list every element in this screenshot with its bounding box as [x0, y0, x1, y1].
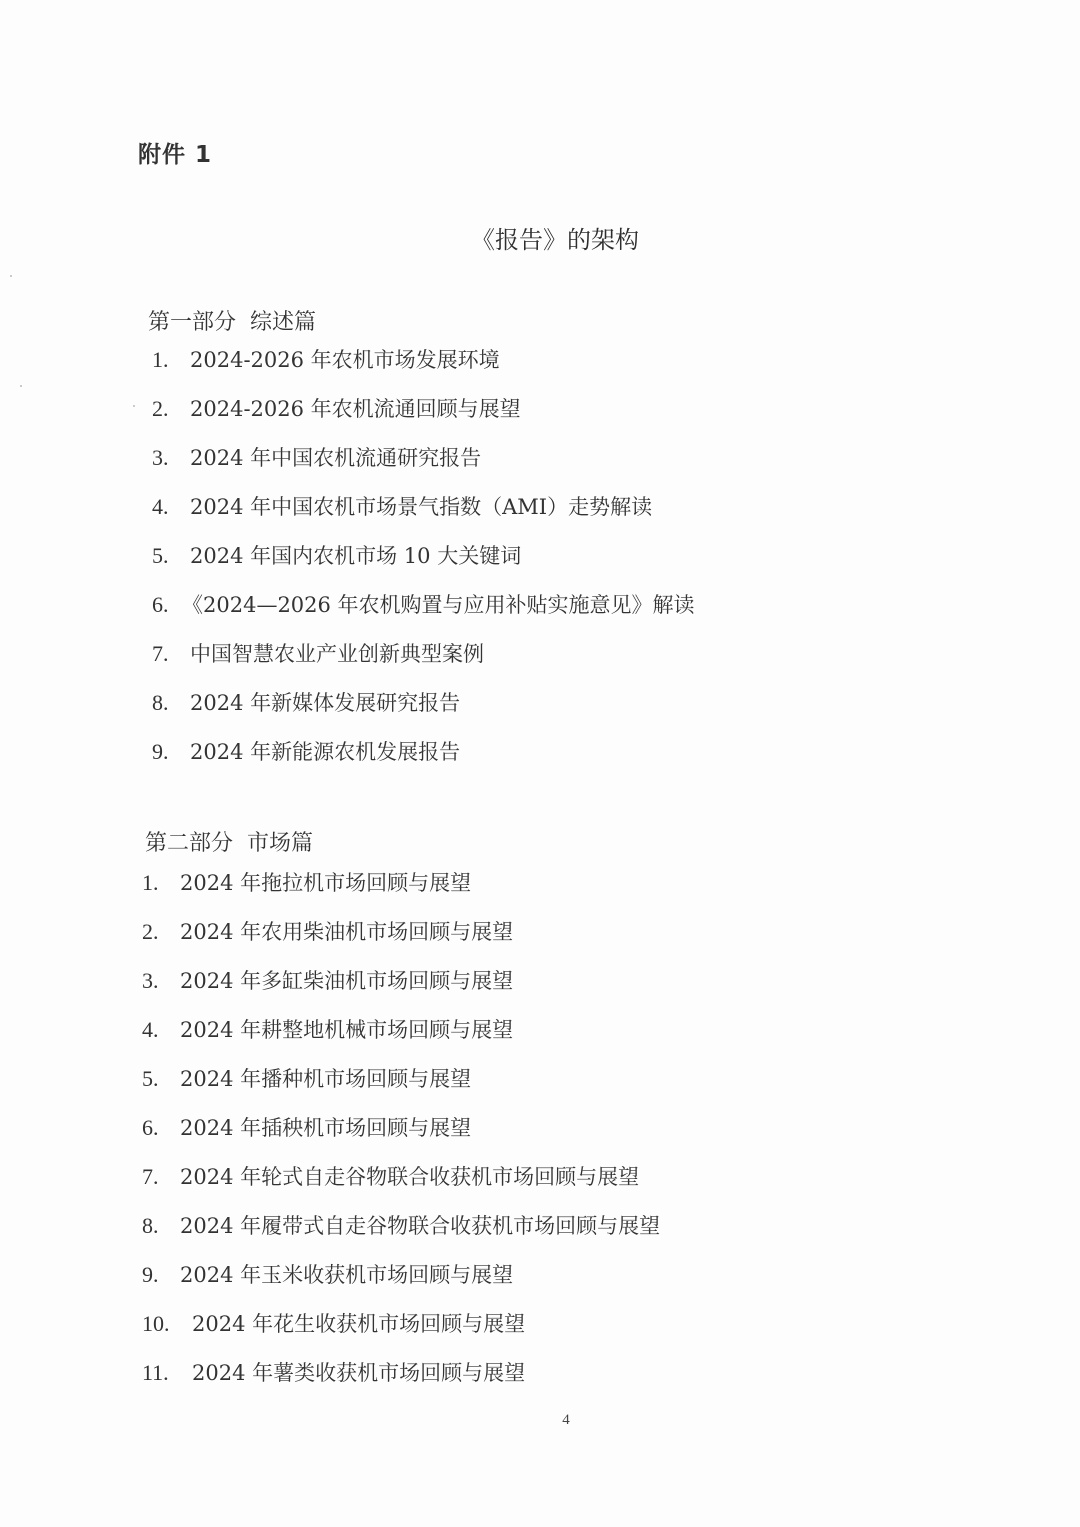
item-number: 9. — [152, 739, 190, 765]
item-text: 2024 年播种机市场回顾与展望 — [180, 1063, 471, 1093]
item-number: 3. — [152, 445, 190, 471]
item-text: 2024 年国内农机市场 10 大关键词 — [190, 540, 521, 570]
list-item: 6.2024 年插秧机市场回顾与展望 — [142, 1112, 471, 1142]
document-title: 《报告》的架构 — [0, 220, 1080, 255]
item-text: 2024 年花生收获机市场回顾与展望 — [192, 1308, 525, 1338]
item-text: 中国智慧农业产业创新典型案例 — [190, 638, 484, 668]
section-heading-overview: 第一部分 综述篇 — [148, 305, 316, 336]
list-item: 2.2024-2026 年农机流通回顾与展望 — [152, 393, 521, 423]
item-number: 1. — [142, 870, 180, 896]
list-item: 5.2024 年播种机市场回顾与展望 — [142, 1063, 471, 1093]
item-number: 6. — [142, 1115, 180, 1141]
item-text: 2024 年玉米收获机市场回顾与展望 — [180, 1259, 513, 1289]
item-number: 8. — [152, 690, 190, 716]
item-text: 2024 年多缸柴油机市场回顾与展望 — [180, 965, 513, 995]
item-number: 4. — [142, 1017, 180, 1043]
item-number: 5. — [142, 1066, 180, 1092]
list-item: 2.2024 年农用柴油机市场回顾与展望 — [142, 916, 513, 946]
list-item: 7.2024 年轮式自走谷物联合收获机市场回顾与展望 — [142, 1161, 639, 1191]
item-text: 2024 年耕整地机械市场回顾与展望 — [180, 1014, 513, 1044]
list-item: 3.2024 年中国农机流通研究报告 — [152, 442, 481, 472]
item-number: 2. — [152, 396, 190, 422]
list-item: 7.中国智慧农业产业创新典型案例 — [152, 638, 484, 668]
item-number: 10. — [142, 1311, 192, 1337]
item-text: 2024 年插秧机市场回顾与展望 — [180, 1112, 471, 1142]
list-item: 9.2024 年新能源农机发展报告 — [152, 736, 460, 766]
item-number: 11. — [142, 1360, 192, 1386]
scan-speck — [20, 385, 22, 387]
list-item: 4.2024 年中国农机市场景气指数（AMI）走势解读 — [152, 491, 652, 521]
item-text: 2024 年农用柴油机市场回顾与展望 — [180, 916, 513, 946]
page-number: 4 — [0, 1412, 1080, 1429]
list-item: 1.2024 年拖拉机市场回顾与展望 — [142, 867, 471, 897]
item-text: 2024 年中国农机市场景气指数（AMI）走势解读 — [190, 491, 652, 521]
list-item: 5.2024 年国内农机市场 10 大关键词 — [152, 540, 521, 570]
item-text: 2024 年轮式自走谷物联合收获机市场回顾与展望 — [180, 1161, 639, 1191]
list-item: 11.2024 年薯类收获机市场回顾与展望 — [142, 1357, 525, 1387]
item-number: 4. — [152, 494, 190, 520]
item-number: 2. — [142, 919, 180, 945]
list-item: 8.2024 年履带式自走谷物联合收获机市场回顾与展望 — [142, 1210, 660, 1240]
item-number: 5. — [152, 543, 190, 569]
item-text: 2024-2026 年农机市场发展环境 — [190, 344, 500, 374]
scan-speck — [133, 405, 135, 407]
list-item: 6.《2024—2026 年农机购置与应用补贴实施意见》解读 — [152, 589, 695, 619]
item-number: 8. — [142, 1213, 180, 1239]
item-text: 2024 年中国农机流通研究报告 — [190, 442, 481, 472]
item-text: 2024-2026 年农机流通回顾与展望 — [190, 393, 521, 423]
item-text: 2024 年新媒体发展研究报告 — [190, 687, 460, 717]
scan-speck — [10, 275, 12, 277]
document-page: 附件 1 《报告》的架构 第一部分 综述篇 1.2024-2026 年农机市场发… — [0, 0, 1080, 1527]
item-number: 7. — [152, 641, 190, 667]
item-text: 2024 年薯类收获机市场回顾与展望 — [192, 1357, 525, 1387]
list-item: 10.2024 年花生收获机市场回顾与展望 — [142, 1308, 525, 1338]
item-number: 3. — [142, 968, 180, 994]
item-number: 1. — [152, 347, 190, 373]
item-number: 7. — [142, 1164, 180, 1190]
item-number: 9. — [142, 1262, 180, 1288]
list-item: 4.2024 年耕整地机械市场回顾与展望 — [142, 1014, 513, 1044]
item-text: 2024 年履带式自走谷物联合收获机市场回顾与展望 — [180, 1210, 660, 1240]
list-item: 8.2024 年新媒体发展研究报告 — [152, 687, 460, 717]
list-item: 3.2024 年多缸柴油机市场回顾与展望 — [142, 965, 513, 995]
item-text: 《2024—2026 年农机购置与应用补贴实施意见》解读 — [182, 589, 695, 619]
attachment-label: 附件 1 — [138, 136, 212, 169]
item-text: 2024 年新能源农机发展报告 — [190, 736, 460, 766]
item-number: 6. — [152, 592, 182, 618]
section-heading-market: 第二部分 市场篇 — [145, 826, 313, 857]
item-text: 2024 年拖拉机市场回顾与展望 — [180, 867, 471, 897]
list-item: 9.2024 年玉米收获机市场回顾与展望 — [142, 1259, 513, 1289]
list-item: 1.2024-2026 年农机市场发展环境 — [152, 344, 500, 374]
